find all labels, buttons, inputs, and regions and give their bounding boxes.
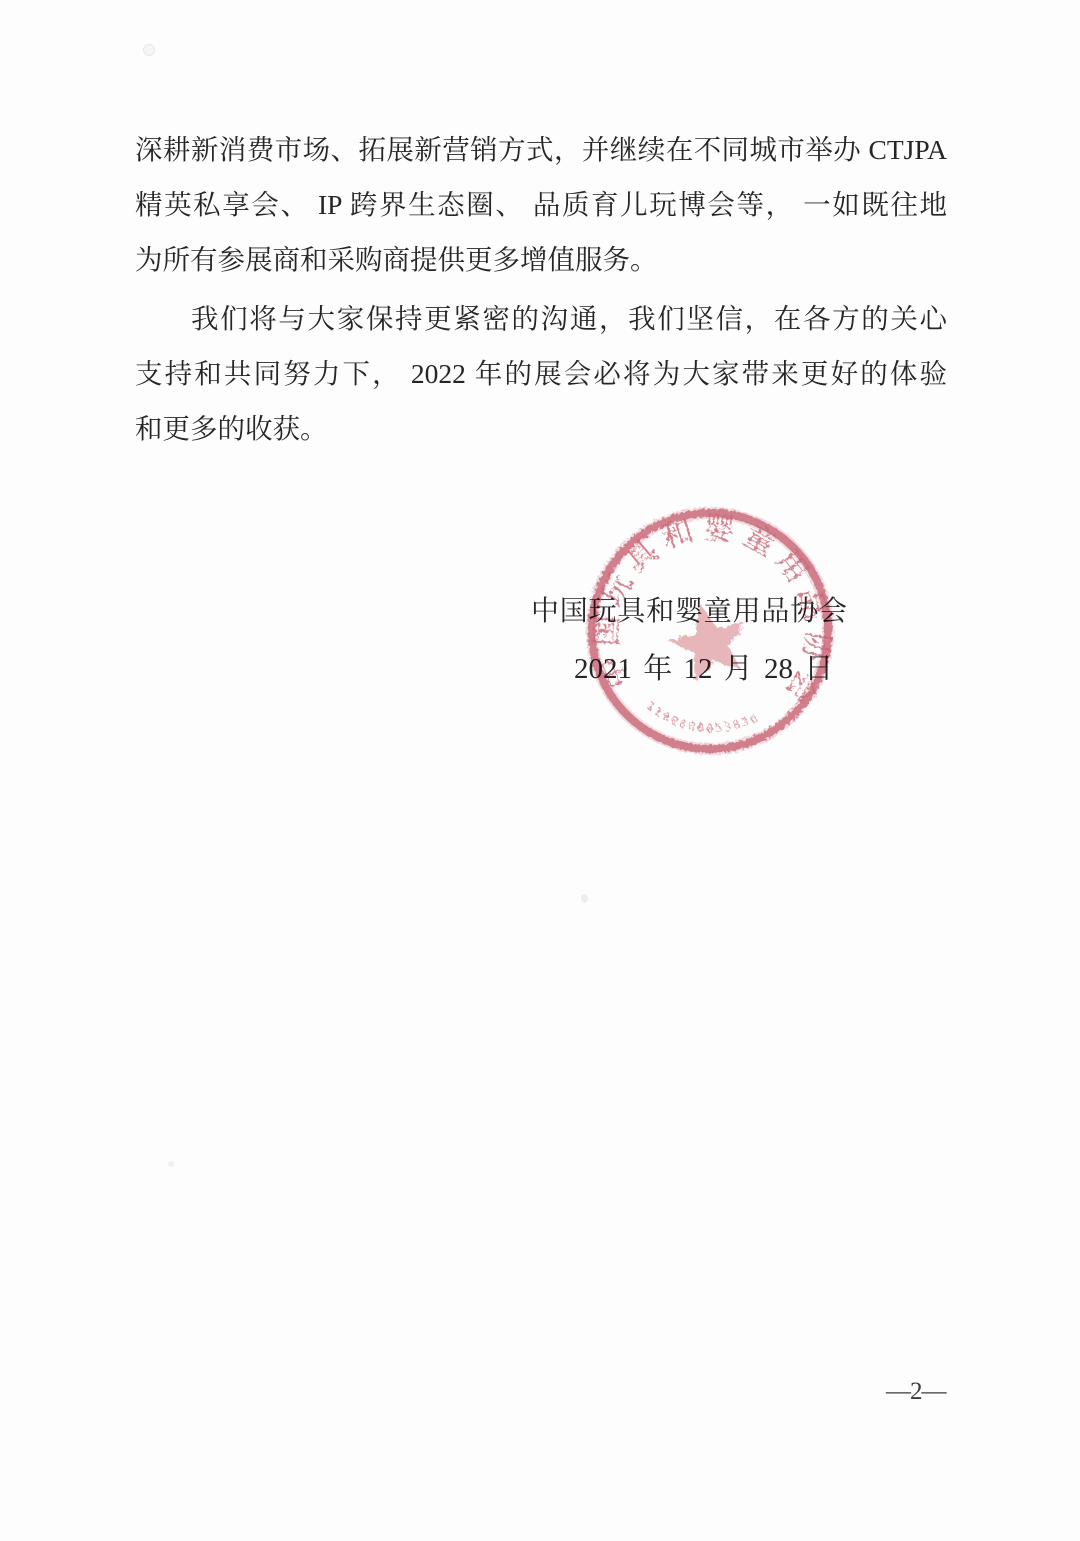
- seal-arc-text: 中国玩具和婴童用品协会: [582, 499, 844, 716]
- seal-arc-text-holder: 中国玩具和婴童用品协会: [582, 499, 844, 716]
- seal-star-icon: [668, 603, 746, 683]
- page-number: —2—: [886, 1378, 946, 1406]
- document-page: 深耕新消费市场、拓展新营销方式，并继续在不同城市举办 CTJPA 精英私享会、 …: [0, 0, 1080, 1541]
- text-line: 精英私享会、 IP 跨界生态圈、 品质育儿玩博会等， 一如既往地: [135, 177, 947, 232]
- scan-artifact: [581, 894, 588, 903]
- paragraph: 我们将与大家保持更紧密的沟通，我们坚信，在各方的关心 支持和共同努力下， 202…: [135, 291, 947, 456]
- text-line: 深耕新消费市场、拓展新营销方式，并继续在不同城市举办 CTJPA: [135, 122, 947, 177]
- text-line: 和更多的收获。: [135, 401, 947, 456]
- scan-artifact: [168, 1161, 174, 1167]
- official-seal: 中国玩具和婴童用品协会 1100000053636: [578, 499, 844, 771]
- body-text: 深耕新消费市场、拓展新营销方式，并继续在不同城市举办 CTJPA 精英私享会、 …: [135, 122, 947, 456]
- official-seal-graphic: 中国玩具和婴童用品协会 1100000053636: [578, 499, 844, 771]
- scan-artifact: [143, 44, 155, 56]
- text-line: 为所有参展商和采购商提供更多增值服务。: [135, 232, 947, 287]
- text-line: 支持和共同努力下， 2022 年的展会必将为大家带来更好的体验: [135, 346, 947, 401]
- text-line: 我们将与大家保持更紧密的沟通，我们坚信，在各方的关心: [135, 291, 947, 346]
- paragraph: 深耕新消费市场、拓展新营销方式，并继续在不同城市举办 CTJPA 精英私享会、 …: [135, 122, 947, 287]
